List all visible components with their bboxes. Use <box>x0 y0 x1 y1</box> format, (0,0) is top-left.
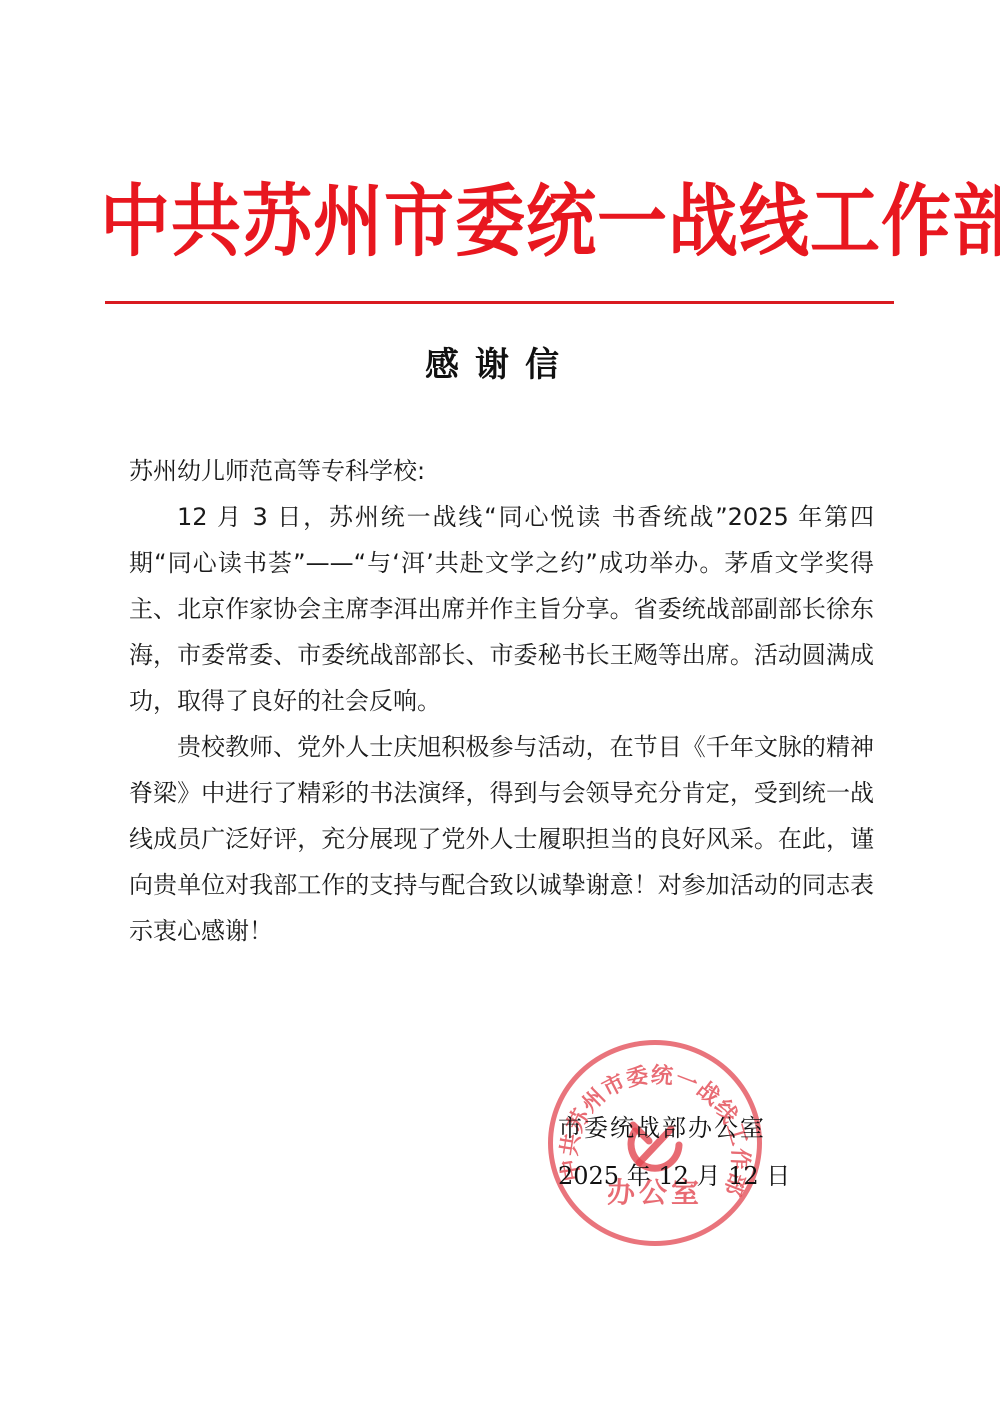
document-title: 感谢信 <box>0 343 1000 387</box>
signature-org: 市委统战部办公室 <box>540 1104 800 1152</box>
paragraph-thanks: 贵校教师、党外人士庆旭积极参与活动，在节目《千年文脉的精神脊梁》中进行了精彩的书… <box>129 724 874 954</box>
paragraph-event: 12 月 3 日，苏州统一战线“同心悦读 书香统战”2025 年第四期“同心读书… <box>129 494 874 724</box>
letterhead-title: 中共苏州市委统一战线工作部 <box>100 168 900 276</box>
letterhead-red-rule <box>105 301 894 304</box>
letter-body: 苏州幼儿师范高等专科学校: 12 月 3 日，苏州统一战线“同心悦读 书香统战”… <box>129 448 874 954</box>
salutation: 苏州幼儿师范高等专科学校: <box>129 448 874 494</box>
signature-block: 市委统战部办公室 2025 年 12 月 12 日 <box>540 1104 800 1200</box>
signature-date: 2025 年 12 月 12 日 <box>540 1152 800 1200</box>
